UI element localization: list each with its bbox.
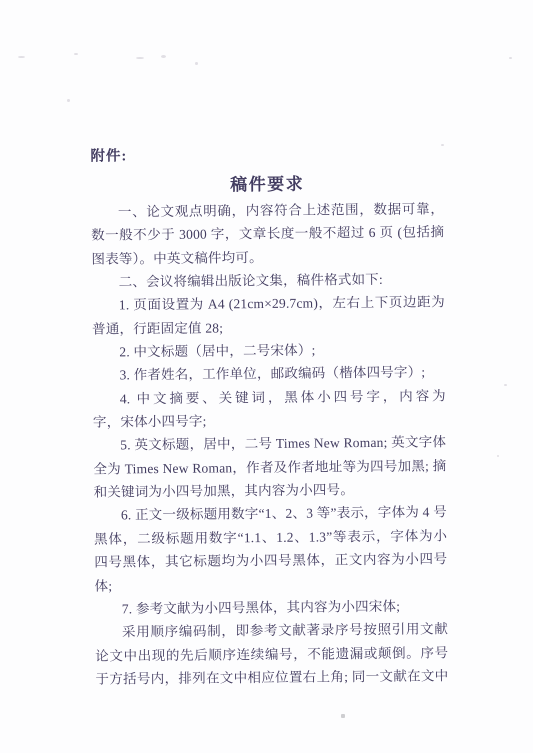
text-line: 论文中出现的先后顺序连续编号，不能遗漏或颠倒。序号置 [95,641,448,668]
text-line: 普通，行距固定值 28; [92,314,445,341]
text-line: 1. 页面设置为 A4 (21cm×29.7cm)，左右上下页边距为 [92,291,445,318]
text-line: 3. 作者姓名，工作单位，邮政编码（楷体四号字）; [92,361,445,388]
text-line: 一、论文观点明确，内容符合上述范围，数据可靠，字 [91,197,444,224]
text-line: 四号黑体，其它标题均为小四号黑体，正文内容为小四号宋 [94,547,447,574]
text-line: 6. 正文一级标题用数字“1、2、3 等”表示，字体为 4 号 [94,501,447,528]
text-line: 数一般不少于 3000 字，文章长度一般不超过 6 页 (包括摘要、 [91,221,444,248]
text-line: 2. 中文标题（居中，二号宋体）; [92,337,445,364]
text-line: 7. 参考文献为小四号黑体，其内容为小四宋体; [95,594,448,621]
text-line: 采用顺序编码制，即参考文献著录序号按照引用文献在 [95,617,448,644]
text-line: 4. 中文摘要、关键词，黑体小四号字，内容为 150~300 [93,384,446,411]
text-line: 字，宋体小四号字; [93,407,446,434]
document-title: 稿件要求 [91,172,444,197]
text-line: 二、会议将编辑出版论文集，稿件格式如下: [92,267,445,294]
scan-content: 附件: 稿件要求 一、论文观点明确，内容符合上述范围，数据可靠，字数一般不少于 … [0,0,533,753]
text-line: 于方括号内，排列在文中相应位置右上角; 同一文献在文中 [95,664,448,691]
scanned-document-screenshot: { "document": { "attachment_label": "附件:… [0,0,533,753]
text-line: 黑体，二级标题用数字“1.1、1.2、1.3”等表示，字体为小 [94,524,447,551]
text-line: 体; [94,571,447,598]
document-body: 一、论文观点明确，内容符合上述范围，数据可靠，字数一般不少于 3000 字，文章… [91,197,449,691]
attachment-label: 附件: [90,147,127,166]
text-line: 图表等）。中英文稿件均可。 [91,244,444,271]
text-line: 5. 英文标题，居中，二号 Times New Roman; 英文字体 [93,431,446,458]
text-line: 全为 Times New Roman，作者及作者地址等为四号加黑; 摘要 [93,454,446,481]
text-line: 和关键词为小四号加黑，其内容为小四号。 [94,477,447,504]
document-page: 附件: 稿件要求 一、论文观点明确，内容符合上述范围，数据可靠，字数一般不少于 … [0,0,533,753]
